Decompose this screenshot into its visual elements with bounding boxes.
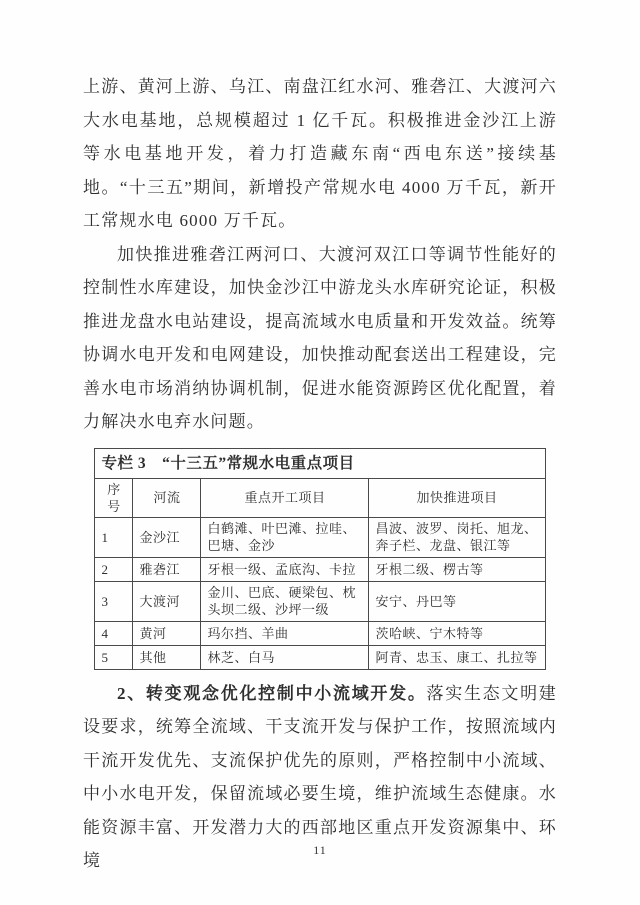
section2-heading: 2、转变观念优化控制中小流域开发。 <box>117 684 427 703</box>
cell-seq: 2 <box>95 557 133 581</box>
table-row: 3 大渡河 金川、巴底、硬梁包、枕头坝二级、沙坪一级 安宁、丹巴等 <box>95 581 545 621</box>
col-header-river: 河流 <box>133 478 201 517</box>
cell-accelerate: 阿青、忠玉、康工、扎拉等 <box>369 645 545 669</box>
table-row: 4 黄河 玛尔挡、羊曲 茨哈峡、宁木特等 <box>95 621 545 645</box>
table-row: 5 其他 林芝、白马 阿青、忠玉、康工、扎拉等 <box>95 645 545 669</box>
table-row: 1 金沙江 白鹤滩、叶巴滩、拉哇、巴塘、金沙 昌波、波罗、岗托、旭龙、奔子栏、龙… <box>95 517 545 557</box>
page-content: 上游、黄河上游、乌江、南盘江红水河、雅砻江、大渡河六大水电基地，总规模超过 1 … <box>83 0 557 878</box>
paragraph-reservoir-construction: 加快推进雅砻江两河口、大渡河双江口等调节性能好的控制性水库建设，加快金沙江中游龙… <box>83 238 557 439</box>
table-header-row: 序号 河流 重点开工项目 加快推进项目 <box>95 478 545 517</box>
page-number: 11 <box>0 843 640 858</box>
document-page: 上游、黄河上游、乌江、南盘江红水河、雅砻江、大渡河六大水电基地，总规模超过 1 … <box>0 0 640 905</box>
col-header-key-start: 重点开工项目 <box>201 478 369 517</box>
table-title: 专栏 3 “十三五”常规水电重点项目 <box>95 448 545 478</box>
cell-seq: 3 <box>95 581 133 621</box>
cell-seq: 5 <box>95 645 133 669</box>
cell-accelerate: 牙根二级、楞古等 <box>369 557 545 581</box>
table-row: 2 雅砻江 牙根一级、孟底沟、卡拉 牙根二级、楞古等 <box>95 557 545 581</box>
col-header-seq: 序号 <box>95 478 133 517</box>
cell-river: 黄河 <box>133 621 201 645</box>
cell-accelerate: 茨哈峡、宁木特等 <box>369 621 545 645</box>
cell-river: 大渡河 <box>133 581 201 621</box>
cell-key-start: 玛尔挡、羊曲 <box>201 621 369 645</box>
cell-key-start: 白鹤滩、叶巴滩、拉哇、巴塘、金沙 <box>201 517 369 557</box>
table-title-row: 专栏 3 “十三五”常规水电重点项目 <box>95 448 545 478</box>
cell-accelerate: 安宁、丹巴等 <box>369 581 545 621</box>
box3-key-projects-table: 专栏 3 “十三五”常规水电重点项目 序号 河流 重点开工项目 加快推进项目 1… <box>94 448 545 670</box>
cell-seq: 4 <box>95 621 133 645</box>
col-header-accelerate: 加快推进项目 <box>369 478 545 517</box>
cell-key-start: 牙根一级、孟底沟、卡拉 <box>201 557 369 581</box>
cell-key-start: 林芝、白马 <box>201 645 369 669</box>
cell-key-start: 金川、巴底、硬梁包、枕头坝二级、沙坪一级 <box>201 581 369 621</box>
cell-river: 金沙江 <box>133 517 201 557</box>
paragraph-hydro-bases: 上游、黄河上游、乌江、南盘江红水河、雅砻江、大渡河六大水电基地，总规模超过 1 … <box>83 70 557 238</box>
cell-river: 其他 <box>133 645 201 669</box>
cell-accelerate: 昌波、波罗、岗托、旭龙、奔子栏、龙盘、银江等 <box>369 517 545 557</box>
cell-seq: 1 <box>95 517 133 557</box>
cell-river: 雅砻江 <box>133 557 201 581</box>
